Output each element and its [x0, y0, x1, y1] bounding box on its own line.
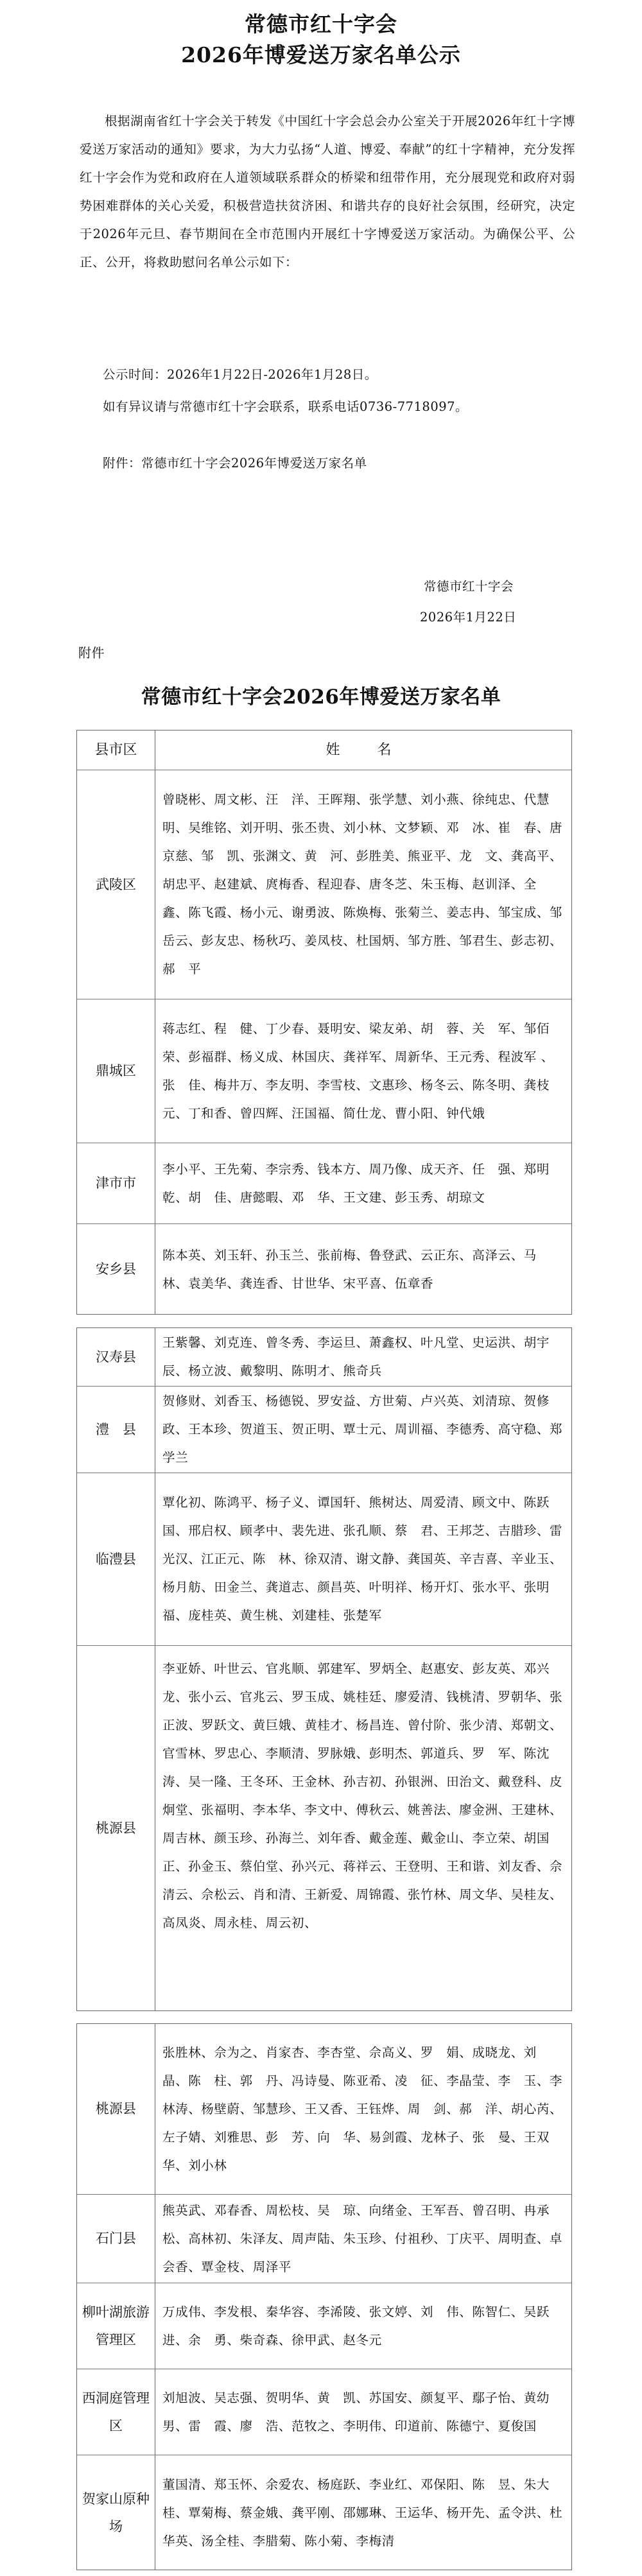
district-cell: 桃源县 [77, 1646, 155, 2011]
district-cell: 临澧县 [77, 1473, 155, 1645]
notice-title-main: 2026年博爱送万家名单公示 [0, 39, 642, 69]
table-row: 桃源县 李亚娇、叶世云、官兆顺、郭建军、罗炳全、赵惠安、彭友英、邓兴龙、张小云、… [77, 1645, 571, 2011]
names-text: 覃化初、陈鸿平、杨子义、谭国轩、熊树达、周爱清、顾文中、陈跃国、邢启权、顾孝中、… [162, 1489, 566, 1630]
table-row: 武陵区 曾晓彬、周文彬、汪 洋、王晖翔、张学慧、刘小燕、徐纯忠、代慧明、吴维铭、… [77, 770, 571, 999]
notice-title-org: 常德市红十字会 [0, 8, 642, 38]
table-row: 鼎城区 蒋志红、程 健、丁少春、聂明安、梁友弟、胡 蓉、关 军、邹佰荣、彭福群、… [77, 999, 571, 1143]
table-row: 柳叶湖旅游管理区 万成伟、李发根、秦华容、李浠陵、张文婷、刘 伟、陈智仁、吴跃进… [77, 2283, 571, 2369]
names-text: 万成伟、李发根、秦华容、李浠陵、张文婷、刘 伟、陈智仁、吴跃进、余 勇、柴奇森、… [162, 2298, 566, 2355]
district-cell: 鼎城区 [77, 999, 155, 1143]
district-cell: 石门县 [77, 2195, 155, 2283]
names-cell: 刘旭波、吴志强、贺明华、黄 凯、苏国安、颜复平、鄢子怡、黄幼男、雷 霞、廖 浩、… [155, 2369, 571, 2455]
table-header-row: 县市区 姓 名 [77, 730, 571, 770]
names-cell: 贺修财、刘香玉、杨德锐、罗安益、方世菊、卢兴英、刘清琼、贺修政、王本珍、贺道玉、… [155, 1387, 571, 1473]
attachment-reference: 附件：常德市红十字会2026年博爱送万家名单 [103, 449, 367, 478]
signature-org: 常德市红十字会 [424, 573, 514, 601]
district-cell: 柳叶湖旅游管理区 [77, 2283, 155, 2369]
district-cell: 西洞庭管理区 [77, 2369, 155, 2455]
names-cell: 李小平、王先菊、李宗秀、钱本方、周乃像、成天齐、任 强、郑明乾、胡 佳、唐懿暇、… [155, 1143, 571, 1223]
table-row: 临澧县 覃化初、陈鸿平、杨子义、谭国轩、熊树达、周爱清、顾文中、陈跃国、邢启权、… [77, 1473, 571, 1645]
notice-period: 公示时间：2026年1月22日-2026年1月28日。 [103, 361, 377, 389]
attachment-title: 常德市红十字会2026年博爱送万家名单 [0, 680, 642, 709]
name-list-table-1: 县市区 姓 名 武陵区 曾晓彬、周文彬、汪 洋、王晖翔、张学慧、刘小燕、徐纯忠、… [76, 730, 572, 1315]
names-text: 董国清、郑玉怀、余爱农、杨庭跃、李业红、邓保阳、陈 昱、朱大桂、覃菊梅、蔡金娥、… [162, 2471, 566, 2555]
names-text: 王紫馨、刘克连、曾冬秀、李运旦、萧鑫权、叶凡堂、史运洪、胡宇辰、杨立波、戴黎明、… [162, 1329, 566, 1385]
names-text: 李亚娇、叶世云、官兆顺、郭建军、罗炳全、赵惠安、彭友英、邓兴龙、张小云、官兆云、… [162, 1655, 566, 1937]
names-cell: 张胜林、佘为之、肖家杏、李杏堂、佘高义、罗 娟、成晓龙、刘 晶、陈 柱、郭 丹、… [155, 2024, 571, 2194]
names-cell: 董国清、郑玉怀、余爱农、杨庭跃、李业红、邓保阳、陈 昱、朱大桂、覃菊梅、蔡金娥、… [155, 2455, 571, 2570]
district-cell: 汉寿县 [77, 1328, 155, 1386]
names-text: 陈本英、刘玉轩、孙玉兰、张前梅、鲁登武、云正东、高泽云、马 林、袁美华、龚连香、… [162, 1241, 566, 1298]
table-row: 津市市 李小平、王先菊、李宗秀、钱本方、周乃像、成天齐、任 强、郑明乾、胡 佳、… [77, 1143, 571, 1223]
district-cell: 澧 县 [77, 1387, 155, 1473]
names-text: 贺修财、刘香玉、杨德锐、罗安益、方世菊、卢兴英、刘清琼、贺修政、王本珍、贺道玉、… [162, 1387, 566, 1472]
names-text: 刘旭波、吴志强、贺明华、黄 凯、苏国安、颜复平、鄢子怡、黄幼男、雷 霞、廖 浩、… [162, 2384, 566, 2441]
header-names: 姓 名 [155, 730, 571, 770]
names-cell: 蒋志红、程 健、丁少春、聂明安、梁友弟、胡 蓉、关 军、邹佰荣、彭福群、杨义成、… [155, 999, 571, 1143]
name-list-table-3: 桃源县 张胜林、佘为之、肖家杏、李杏堂、佘高义、罗 娟、成晓龙、刘 晶、陈 柱、… [76, 2023, 572, 2570]
header-district: 县市区 [77, 730, 155, 770]
names-cell: 曾晓彬、周文彬、汪 洋、王晖翔、张学慧、刘小燕、徐纯忠、代慧明、吴维铭、刘开明、… [155, 770, 571, 999]
table-row: 安乡县 陈本英、刘玉轩、孙玉兰、张前梅、鲁登武、云正东、高泽云、马 林、袁美华、… [77, 1223, 571, 1315]
table-row: 石门县 熊英武、邓春香、周松枝、吴 琼、向绪金、王军吾、曾召明、冉承松、高林初、… [77, 2194, 571, 2283]
names-cell: 陈本英、刘玉轩、孙玉兰、张前梅、鲁登武、云正东、高泽云、马 林、袁美华、龚连香、… [155, 1224, 571, 1315]
names-text: 李小平、王先菊、李宗秀、钱本方、周乃像、成天齐、任 强、郑明乾、胡 佳、唐懿暇、… [162, 1155, 566, 1212]
district-cell: 津市市 [77, 1143, 155, 1223]
names-text: 熊英武、邓春香、周松枝、吴 琼、向绪金、王军吾、曾召明、冉承松、高林初、朱泽友、… [162, 2197, 566, 2281]
names-cell: 熊英武、邓春香、周松枝、吴 琼、向绪金、王军吾、曾召明、冉承松、高林初、朱泽友、… [155, 2195, 571, 2283]
table-row: 西洞庭管理区 刘旭波、吴志强、贺明华、黄 凯、苏国安、颜复平、鄢子怡、黄幼男、雷… [77, 2369, 571, 2455]
district-cell: 武陵区 [77, 770, 155, 999]
names-cell: 李亚娇、叶世云、官兆顺、郭建军、罗炳全、赵惠安、彭友英、邓兴龙、张小云、官兆云、… [155, 1646, 571, 2011]
names-cell: 万成伟、李发根、秦华容、李浠陵、张文婷、刘 伟、陈智仁、吴跃进、余 勇、柴奇森、… [155, 2283, 571, 2369]
table-row: 贺家山原种场 董国清、郑玉怀、余爱农、杨庭跃、李业红、邓保阳、陈 昱、朱大桂、覃… [77, 2455, 571, 2570]
name-list-table-2: 汉寿县 王紫馨、刘克连、曾冬秀、李运旦、萧鑫权、叶凡堂、史运洪、胡宇辰、杨立波、… [76, 1327, 572, 2011]
names-text: 曾晓彬、周文彬、汪 洋、王晖翔、张学慧、刘小燕、徐纯忠、代慧明、吴维铭、刘开明、… [162, 786, 566, 983]
table-row: 桃源县 张胜林、佘为之、肖家杏、李杏堂、佘高义、罗 娟、成晓龙、刘 晶、陈 柱、… [77, 2024, 571, 2194]
district-cell: 贺家山原种场 [77, 2455, 155, 2570]
names-cell: 王紫馨、刘克连、曾冬秀、李运旦、萧鑫权、叶凡堂、史运洪、胡宇辰、杨立波、戴黎明、… [155, 1328, 571, 1386]
notice-contact: 如有异议请与常德市红十字会联系，联系电话0736-7718097。 [103, 393, 468, 421]
table-row: 澧 县 贺修财、刘香玉、杨德锐、罗安益、方世菊、卢兴英、刘清琼、贺修政、王本珍、… [77, 1386, 571, 1473]
signature-date: 2026年1月22日 [420, 603, 516, 632]
table-row: 汉寿县 王紫馨、刘克连、曾冬秀、李运旦、萧鑫权、叶凡堂、史运洪、胡宇辰、杨立波、… [77, 1328, 571, 1386]
district-cell: 安乡县 [77, 1224, 155, 1315]
names-cell: 覃化初、陈鸿平、杨子义、谭国轩、熊树达、周爱清、顾文中、陈跃国、邢启权、顾孝中、… [155, 1473, 571, 1645]
names-text: 蒋志红、程 健、丁少春、聂明安、梁友弟、胡 蓉、关 军、邹佰荣、彭福群、杨义成、… [162, 1015, 566, 1128]
attachment-label: 附件 [78, 639, 105, 667]
names-text: 张胜林、佘为之、肖家杏、李杏堂、佘高义、罗 娟、成晓龙、刘 晶、陈 柱、郭 丹、… [162, 2039, 566, 2180]
district-cell: 桃源县 [77, 2024, 155, 2194]
notice-body-paragraph: 根据湖南省红十字会关于转发《中国红十字会总会办公室关于开展2026年红十字博爱送… [80, 107, 575, 277]
